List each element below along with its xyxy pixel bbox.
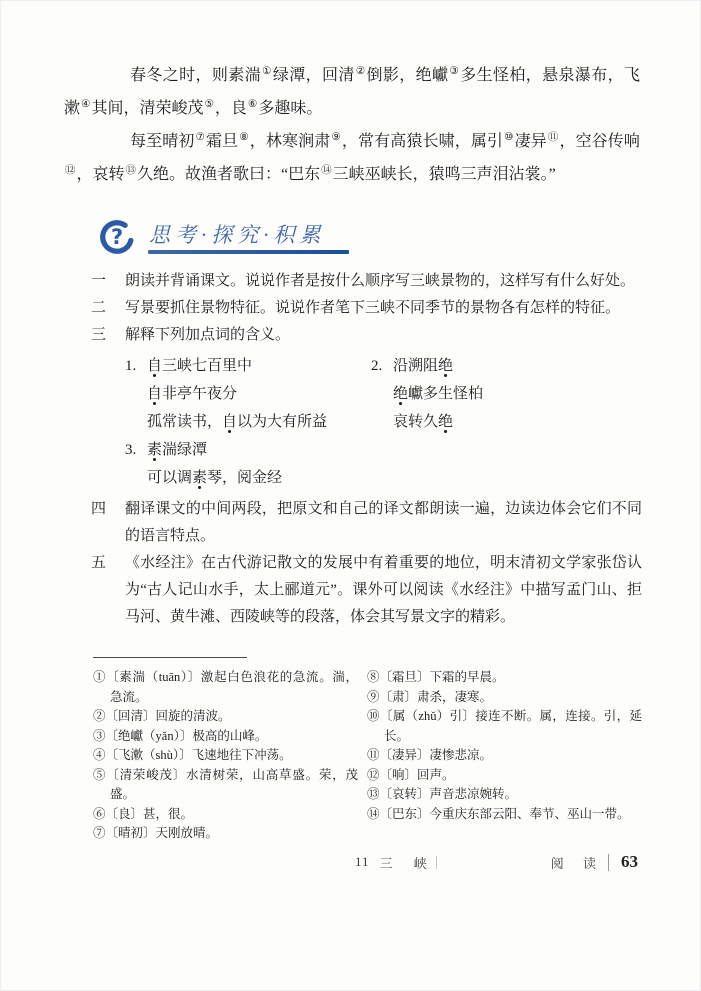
word-item-label: 3. xyxy=(125,436,147,492)
word-item-lines: 自三峡七百里中 自非亭午夜分 孤常读书，自以为大有所益 xyxy=(147,352,371,436)
exercise-number: 一 xyxy=(91,268,125,295)
passage-paragraph: 春冬之时，则素湍①绿潭，回清②倒影，绝巘③多生怪柏，悬泉瀑布，飞漱④其间，清荣峻… xyxy=(64,59,640,125)
exercise-item: 一 朗读并背诵课文。说说作者是按什么顺序写三峡景物的，这样写有什么好处。 xyxy=(91,268,642,295)
exercise-item: 三 解释下列加点词的含义。 xyxy=(91,322,642,349)
footnote-column-right: ⑧〔霜旦〕下霜的早晨。 ⑨〔肃〕肃杀，凄寒。 ⑩〔属（zhǔ）引〕接连不断。属，… xyxy=(367,668,642,844)
word-line: 可以调素琴，阅金经 xyxy=(147,464,371,492)
exercise-number: 三 xyxy=(91,322,125,349)
lesson-number: 11 xyxy=(355,854,370,870)
textbook-page: 春冬之时，则素湍①绿潭，回清②倒影，绝巘③多生怪柏，悬泉瀑布，飞漱④其间，清荣峻… xyxy=(0,0,701,991)
footnote-number: ③ xyxy=(93,729,106,743)
footnote-text: 〔属（zhǔ）引〕接连不断。属，连接。引，延长。 xyxy=(380,709,642,743)
footnote-text: 〔巴东〕今重庆东部云阳、奉节、巫山一带。 xyxy=(380,807,630,821)
footnote-number: ⑨ xyxy=(367,690,380,704)
word-item: 3. 素湍绿潭 可以调素琴，阅金经 xyxy=(125,436,371,492)
annotation-marker: ⑥ xyxy=(248,99,257,110)
word-line: 自三峡七百里中 xyxy=(147,352,371,380)
footnote: ⑩〔属（zhǔ）引〕接连不断。属，连接。引，延长。 xyxy=(367,707,642,746)
footnote-number: ⑪ xyxy=(367,748,380,762)
emphasized-character: 素 xyxy=(147,442,162,458)
footer-divider xyxy=(608,854,609,871)
annotation-marker: ⑨ xyxy=(331,132,341,143)
word-item-label: 2. xyxy=(371,352,393,436)
section-header: ? 思考·探究·积累 xyxy=(98,217,398,263)
exercise-number: 五 xyxy=(91,550,125,631)
footnote: ⑤〔清荣峻茂〕水清树荣，山高草盛。荣，茂盛。 xyxy=(93,766,358,805)
footnote-number: ⑦ xyxy=(93,826,106,840)
exercise-number: 四 xyxy=(91,496,125,550)
footnote-text: 〔良〕甚，很。 xyxy=(106,807,194,821)
annotation-marker: ③ xyxy=(449,66,459,77)
footnote: ②〔回清〕回旋的清波。 xyxy=(93,707,358,727)
emphasized-character: 绝 xyxy=(438,358,453,374)
word-line: 绝巘多生怪柏 xyxy=(393,380,642,408)
footnote-number: ① xyxy=(93,670,106,684)
footer-divider xyxy=(436,856,437,869)
footnote: ⑧〔霜旦〕下霜的早晨。 xyxy=(367,668,642,688)
reading-section-label: 阅 读 xyxy=(551,853,604,872)
exercise-text: 解释下列加点词的含义。 xyxy=(125,322,642,349)
footnote: ⑫〔响〕回声。 xyxy=(367,766,642,786)
footnote-text: 〔哀转〕声音悲凉婉转。 xyxy=(380,787,518,801)
footnote-number: ⑫ xyxy=(367,768,380,782)
exercise-text: 朗读并背诵课文。说说作者是按什么顺序写三峡景物的，这样写有什么好处。 xyxy=(125,268,642,295)
exercise-item: 二 写景要抓住景物特征。说说作者笔下三峡不同季节的景物各有怎样的特征。 xyxy=(91,295,642,322)
footnote-number: ⑧ xyxy=(367,670,380,684)
footnote-number: ⑤ xyxy=(93,768,106,782)
exercise-text: 写景要抓住景物特征。说说作者笔下三峡不同季节的景物各有怎样的特征。 xyxy=(125,295,642,322)
annotation-marker: ⑬ xyxy=(126,165,137,176)
footnote: ①〔素湍（tuān）〕激起白色浪花的急流。湍，急流。 xyxy=(93,668,358,707)
exercise-item: 五 《水经注》在古代游记散文的发展中有着重要的地位，明末清初文学家张岱认为“古人… xyxy=(91,550,642,631)
footnote-text: 〔素湍（tuān）〕激起白色浪花的急流。湍，急流。 xyxy=(106,670,358,704)
word-item-lines: 沿溯阻绝 绝巘多生怪柏 哀转久绝 xyxy=(393,352,642,436)
annotation-marker: ⑫ xyxy=(65,165,76,176)
footnote-number: ⑭ xyxy=(367,807,380,821)
footnote: ⑬〔哀转〕声音悲凉婉转。 xyxy=(367,785,642,805)
annotation-marker: ⑩ xyxy=(504,132,514,143)
footnote-text: 〔响〕回声。 xyxy=(380,768,455,782)
word-item-label: 1. xyxy=(125,352,147,436)
footnote: ⑪〔凄异〕凄惨悲凉。 xyxy=(367,746,642,766)
footnote-text: 〔绝巘（yǎn）〕极高的山峰。 xyxy=(106,729,268,743)
footnote: ⑭〔巴东〕今重庆东部云阳、奉节、巫山一带。 xyxy=(367,805,642,825)
emphasized-character: 自 xyxy=(222,414,237,430)
svg-text:?: ? xyxy=(111,225,123,249)
footnote: ④〔飞漱（shù）〕飞速地往下冲荡。 xyxy=(93,746,358,766)
exercise-number: 二 xyxy=(91,295,125,322)
annotation-marker: ④ xyxy=(81,99,90,110)
footnote-text: 〔回清〕回旋的清波。 xyxy=(106,709,231,723)
section-title: 思考·探究·积累 xyxy=(149,219,326,249)
word-item: 2. 沿溯阻绝 绝巘多生怪柏 哀转久绝 xyxy=(371,352,642,436)
word-grid-right-column: 2. 沿溯阻绝 绝巘多生怪柏 哀转久绝 xyxy=(371,352,642,492)
passage-paragraph: 每至晴初⑦霜旦⑧，林寒涧肃⑨，常有高猿长啸，属引⑩凄异⑪，空谷传响⑫，哀转⑬久绝… xyxy=(64,125,640,191)
footnote-text: 〔飞漱（shù）〕飞速地往下冲荡。 xyxy=(106,748,292,762)
section-title-underline xyxy=(148,250,349,254)
question-mark-icon: ? xyxy=(98,218,136,256)
page-footer: 11 三 峡 阅 读 63 xyxy=(355,852,638,872)
word-line: 沿溯阻绝 xyxy=(393,352,642,380)
footnote-number: ⑬ xyxy=(367,787,380,801)
passage: 春冬之时，则素湍①绿潭，回清②倒影，绝巘③多生怪柏，悬泉瀑布，飞漱④其间，清荣峻… xyxy=(64,59,640,191)
footnote: ⑦〔晴初〕天刚放晴。 xyxy=(93,824,358,844)
annotation-marker: ⑧ xyxy=(239,132,249,143)
footnote: ③〔绝巘（yǎn）〕极高的山峰。 xyxy=(93,727,358,747)
lesson-title: 三 峡 xyxy=(380,853,436,872)
word-line: 素湍绿潭 xyxy=(147,436,371,464)
exercise-text: 《水经注》在古代游记散文的发展中有着重要的地位，明末清初文学家张岱认为“古人记山… xyxy=(125,550,642,631)
annotation-marker: ① xyxy=(262,66,272,77)
emphasized-character: 绝 xyxy=(393,386,408,402)
emphasized-character: 素 xyxy=(192,470,207,486)
exercise-item: 四 翻译课文的中间两段，把原文和自己的译文都朗读一遍，边读边体会它们不同的语言特… xyxy=(91,496,642,550)
footnote-number: ② xyxy=(93,709,106,723)
word-item: 1. 自三峡七百里中 自非亭午夜分 孤常读书，自以为大有所益 xyxy=(125,352,371,436)
annotation-marker: ⑤ xyxy=(204,99,213,110)
footnote-text: 〔晴初〕天刚放晴。 xyxy=(106,826,219,840)
annotation-marker: ② xyxy=(356,66,366,77)
word-item-lines: 素湍绿潭 可以调素琴，阅金经 xyxy=(147,436,371,492)
footnote-text: 〔霜旦〕下霜的早晨。 xyxy=(380,670,505,684)
word-item-grid: 1. 自三峡七百里中 自非亭午夜分 孤常读书，自以为大有所益 3. 素湍绿潭 可… xyxy=(125,352,642,492)
emphasized-character: 自 xyxy=(147,358,162,374)
emphasized-character: 自 xyxy=(147,386,162,402)
annotation-marker: ⑭ xyxy=(321,165,332,176)
page-number: 63 xyxy=(621,852,638,872)
emphasized-character: 绝 xyxy=(438,414,453,430)
footnote: ⑥〔良〕甚，很。 xyxy=(93,805,358,825)
footnote-number: ⑩ xyxy=(367,709,380,723)
footnote-column-left: ①〔素湍（tuān）〕激起白色浪花的急流。湍，急流。 ②〔回清〕回旋的清波。 ③… xyxy=(93,668,358,844)
footnote-divider xyxy=(93,657,247,658)
footnote-text: 〔清荣峻茂〕水清树荣，山高草盛。荣，茂盛。 xyxy=(106,768,358,802)
word-line: 哀转久绝 xyxy=(393,408,642,436)
footnote-text: 〔凄异〕凄惨悲凉。 xyxy=(380,748,493,762)
word-line: 自非亭午夜分 xyxy=(147,380,371,408)
word-grid-left-column: 1. 自三峡七百里中 自非亭午夜分 孤常读书，自以为大有所益 3. 素湍绿潭 可… xyxy=(125,352,371,492)
footnote: ⑨〔肃〕肃杀，凄寒。 xyxy=(367,688,642,708)
exercise-text: 翻译课文的中间两段，把原文和自己的译文都朗读一遍，边读边体会它们不同的语言特点。 xyxy=(125,496,642,550)
footnote-text: 〔肃〕肃杀，凄寒。 xyxy=(380,690,493,704)
annotation-marker: ⑦ xyxy=(195,132,205,143)
footnote-number: ④ xyxy=(93,748,106,762)
exercise-list: 一 朗读并背诵课文。说说作者是按什么顺序写三峡景物的，这样写有什么好处。 二 写… xyxy=(91,268,642,631)
annotation-marker: ⑪ xyxy=(548,132,559,143)
footnote-number: ⑥ xyxy=(93,807,106,821)
word-line: 孤常读书，自以为大有所益 xyxy=(147,408,371,436)
footnotes: ①〔素湍（tuān）〕激起白色浪花的急流。湍，急流。 ②〔回清〕回旋的清波。 ③… xyxy=(93,668,642,844)
